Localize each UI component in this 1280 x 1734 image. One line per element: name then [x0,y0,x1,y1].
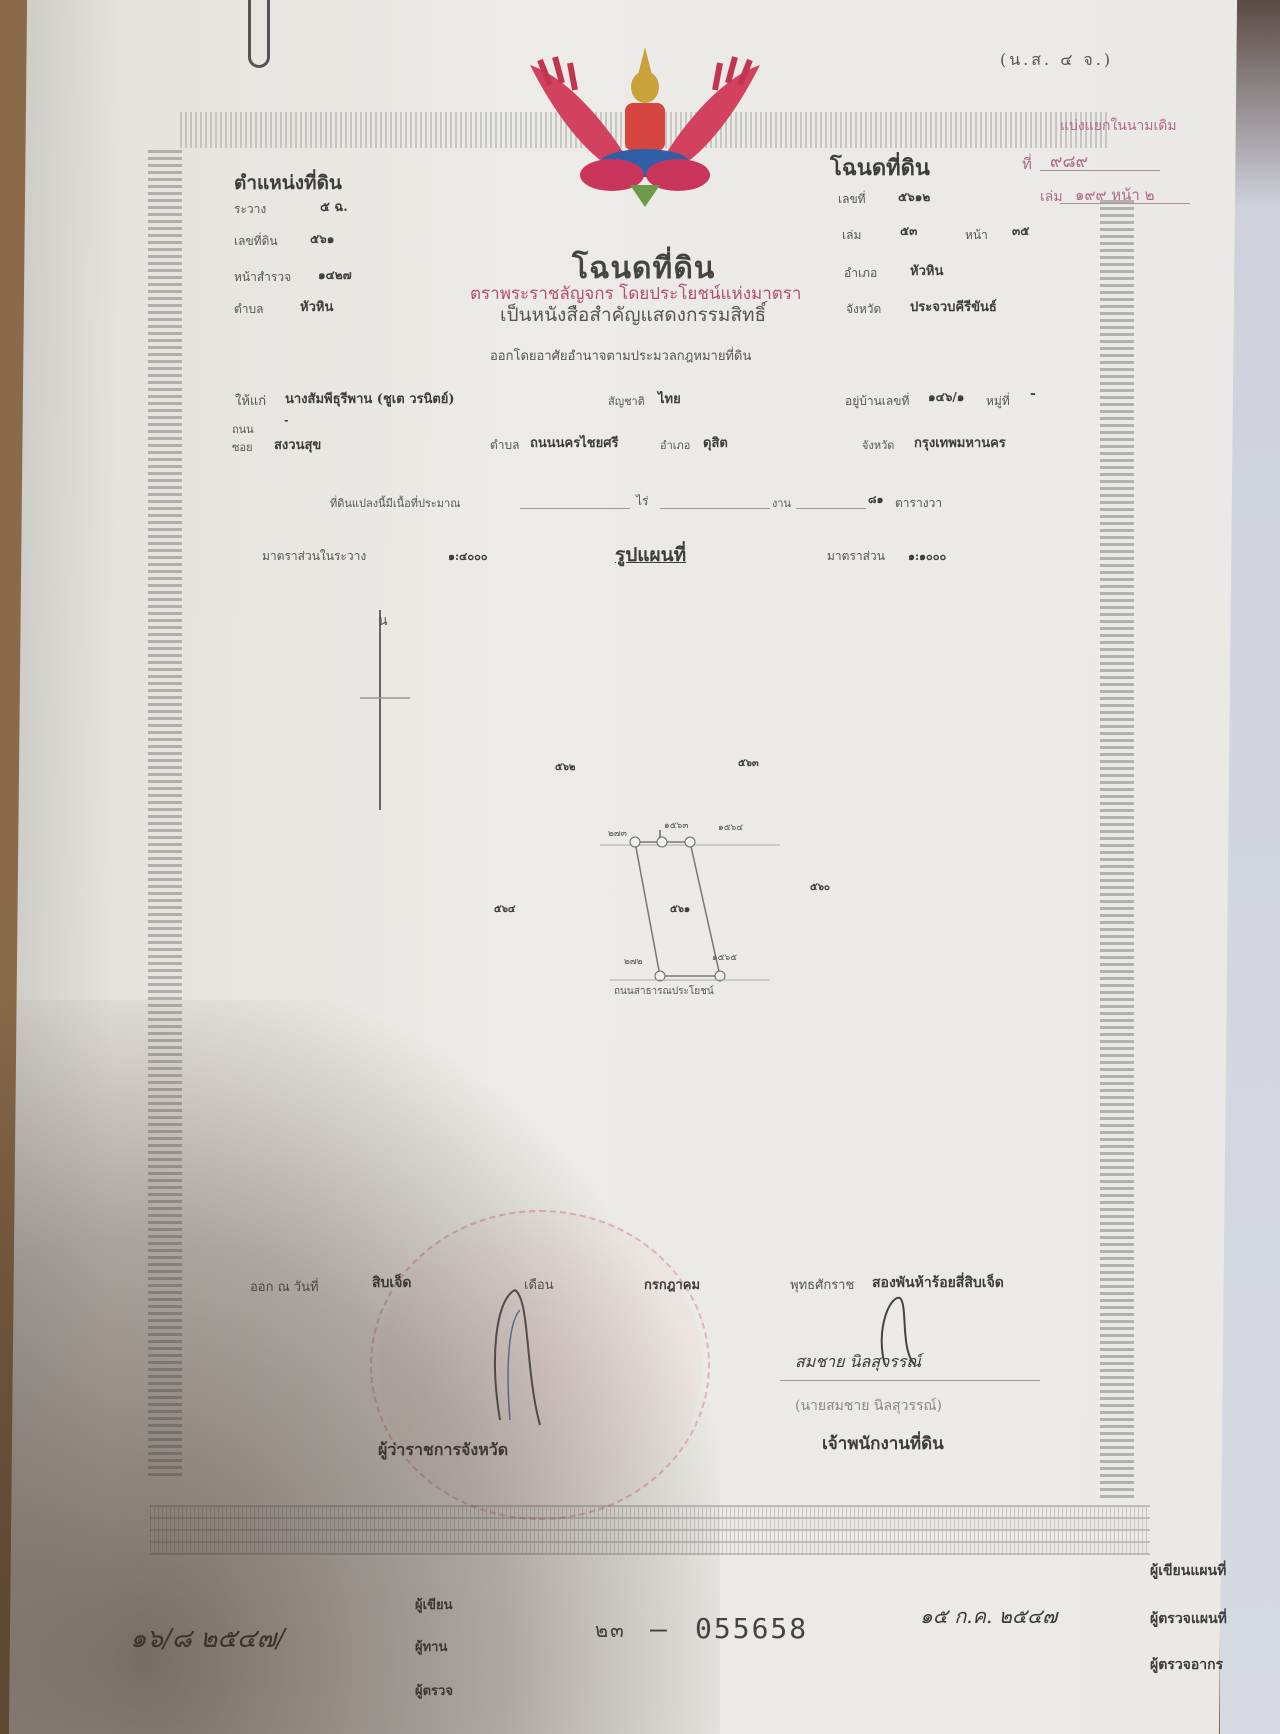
rai-line [520,508,630,509]
garuda-emblem-icon [520,45,770,215]
footer-right-handwriting: ๑๕ ก.ค. ๒๕๔๗ [920,1600,1057,1632]
nationality-value: ไทย [658,388,681,409]
deed-no-label: เลขที่ [838,190,866,209]
corner-label-5: ๑๕๖๕ [712,950,737,964]
officer-signature-line [780,1380,1040,1381]
issue-day: สิบเจ็ด [372,1272,412,1294]
nationality-label: สัญชาติ [608,392,645,410]
map-scale-value: ๑:๑๐๐๐ [908,547,946,565]
sqwa-line [796,508,866,509]
ngan-line [660,508,770,509]
serial-prefix: ๒๓ [595,1614,626,1646]
survey-page-value: ๑๔๒๗ [318,266,352,285]
survey-page-label: หน้าสำรวจ [234,268,291,287]
province-label: จังหวัด [862,436,894,454]
legal-basis: ออกโดยอาศัยอำนาจตามประมวลกฎหมายที่ดิน [490,345,751,366]
province-value: กรุงเทพมหานคร [914,432,1006,453]
sheet-value: ๕ ฉ. [320,196,348,217]
map-checker-label: ผู้ตรวจแผนที่ [1150,1608,1227,1630]
deed-number-line [1040,170,1160,171]
volume-label: เล่ม [842,226,861,245]
deed-no-value: ๕๖๑๒ [898,188,930,207]
writer-label: ผู้เขียน [415,1594,452,1615]
footer-left-handwriting: ๑๖/๘ ๒๕๔๗/ [130,1618,285,1659]
document-subtitle: เป็นหนังสือสำคัญแสดงกรรมสิทธิ์ [500,300,766,330]
tambon-value: ถนนนครไชยศรี [530,432,618,453]
form-code: (น.ส. ๔ จ.) [1000,48,1113,73]
issue-date-prefix: ออก ณ วันที่ [250,1276,319,1297]
page-label: หน้า [965,226,988,245]
checker-label: ผู้ตรวจ [415,1680,453,1701]
province-label-right: จังหวัด [846,300,881,319]
governor-signature-icon [480,1280,560,1430]
map-heading: รูปแผนที่ [615,540,686,570]
house-number-value: ๑๔๖/๑ [928,388,964,407]
road-label: ถนน [232,420,254,438]
officer-signature-text: สมชาย นิลสุวรรณ์ [795,1350,921,1375]
sqwa-label: ตารางวา [895,494,942,513]
volume-value: ๕๓ [900,222,917,241]
owner-name: นางสัมพีธุรีพาน (ชูเต วรนิตย์) [285,388,455,409]
tambon-label: ตำบล [490,436,520,455]
parcel-label-west: ๕๖๔ [494,902,515,917]
district-value: หัวหิน [910,260,943,281]
corner-label-2: ๑๕๖๓ [664,818,688,832]
subdivision-note: แบ่งแยกในนามเดิม [1060,115,1177,137]
paper-clip [248,0,270,68]
corner-label-3: ๑๕๖๔ [718,820,743,834]
sheet-scale-value: ๑:๔๐๐๐ [448,547,488,565]
duty-checker-label: ผู้ตรวจอากร [1150,1654,1223,1676]
district-label: อำเภอ [844,264,877,283]
guilloche-border-bottom [150,1505,1150,1555]
reviewer-label: ผู้ทาน [415,1636,447,1657]
sqwa-value: ๘๑ [868,490,883,508]
sheet-scale-label: มาตราส่วนในระวาง [262,547,366,566]
soi-value: สงวนสุข [274,434,321,455]
subdistrict-value-left: หัวหิน [300,296,333,317]
corner-label-4: ๒๗๒ [624,954,643,968]
parcel-label-nw: ๕๖๒ [555,760,576,775]
officer-name: (นายสมชาย นิลสุวรรณ์) [795,1395,942,1417]
land-number-value: ๕๖๑ [310,230,334,249]
land-number-label: เลขที่ดิน [234,232,278,251]
sheet-label: ระวาง [234,200,266,219]
rai-label: ไร่ [636,492,648,511]
governor-title: ผู้ว่าราชการจังหวัด [378,1438,508,1463]
deed-heading: โฉนดที่ดิน [830,150,930,185]
corner-label-1: ๒๗๓ [608,826,627,840]
amphoe-label: อำเภอ [660,436,690,454]
moo-value: - [1030,386,1036,402]
amphoe-value: ดุสิต [703,432,728,453]
guilloche-border-left [148,150,182,1480]
map-writer-label: ผู้เขียนแผนที่ [1150,1560,1226,1582]
subdistrict-label-left: ตำบล [234,300,264,319]
issue-year-label: พุทธศักราช [790,1274,854,1295]
province-value-right: ประจวบคีรีขันธ์ [910,296,997,317]
ngan-label: งาน [772,494,791,512]
map-scale-label: มาตราส่วน [827,547,885,566]
moo-label: หมู่ที่ [986,392,1010,411]
serial-dash: — [650,1612,669,1645]
location-heading: ตำแหน่งที่ดิน [234,168,342,198]
north-arrow-label: น [378,610,388,632]
house-number-label: อยู่บ้านเลขที่ [845,392,909,411]
public-road-label: ถนนสาธารณประโยชน์ [614,984,714,999]
parcel-label-ne: ๕๖๓ [738,756,759,771]
issue-month: กรกฎาคม [644,1274,700,1295]
road-value: - [284,414,289,427]
guilloche-border-right [1100,200,1134,1500]
parcel-label-east: ๕๖๐ [810,880,830,895]
area-label: ที่ดินแปลงนี้มีเนื้อที่ประมาณ [330,494,460,512]
officer-title: เจ้าพนักงานที่ดิน [822,1430,944,1457]
serial-number: 055658 [695,1612,808,1645]
owner-label: ให้แก่ [235,390,266,411]
parcel-map-diagram [360,590,860,1010]
soi-label: ซอย [232,438,253,456]
page-value: ๓๕ [1012,222,1029,241]
deed-number-label: ที่ [1022,152,1032,176]
book-line [1060,203,1190,204]
parcel-label-main: ๕๖๑ [670,902,690,917]
book-label: เล่ม [1040,186,1063,208]
